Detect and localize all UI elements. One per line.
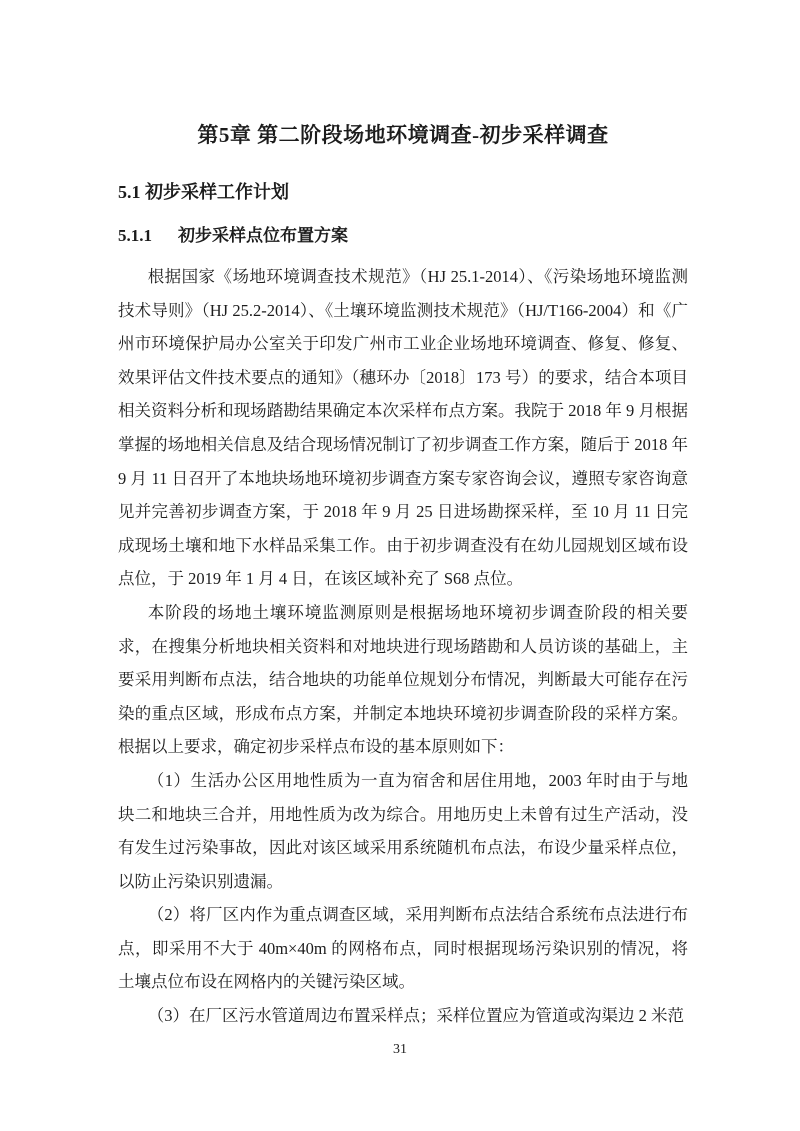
section-heading-5-1: 5.1 初步采样工作计划 xyxy=(118,181,688,203)
paragraph-item-1: （1）生活办公区用地性质为一直为宿舍和居住用地，2003 年时由于与地块二和地块… xyxy=(118,764,688,898)
body-text: 根据国家《场地环境调查技术规范》（HJ 25.1-2014）、《污染场地环境监测… xyxy=(118,260,688,1033)
paragraph-intro: 根据国家《场地环境调查技术规范》（HJ 25.1-2014）、《污染场地环境监测… xyxy=(118,260,688,596)
paragraph-item-2: （2）将厂区内作为重点调查区域，采用判断布点法结合系统布点法进行布点，即采用不大… xyxy=(118,898,688,999)
subsection-heading-5-1-1: 5.1.1初步采样点位布置方案 xyxy=(118,225,688,247)
page-number: 31 xyxy=(0,1042,800,1058)
subsection-title: 初步采样点位布置方案 xyxy=(178,226,348,245)
page-content: 第5章 第二阶段场地环境调查-初步采样调查 5.1 初步采样工作计划 5.1.1… xyxy=(118,120,688,1033)
chapter-title: 第5章 第二阶段场地环境调查-初步采样调查 xyxy=(118,120,688,150)
document-page: 第5章 第二阶段场地环境调查-初步采样调查 5.1 初步采样工作计划 5.1.1… xyxy=(0,0,800,1131)
paragraph-item-3: （3）在厂区污水管道周边布置采样点；采样位置应为管道或沟渠边 2 米范 xyxy=(118,999,688,1033)
subsection-number: 5.1.1 xyxy=(118,226,152,245)
paragraph-monitoring-principle: 本阶段的场地土壤环境监测原则是根据场地环境初步调查阶段的相关要求，在搜集分析地块… xyxy=(118,596,688,764)
